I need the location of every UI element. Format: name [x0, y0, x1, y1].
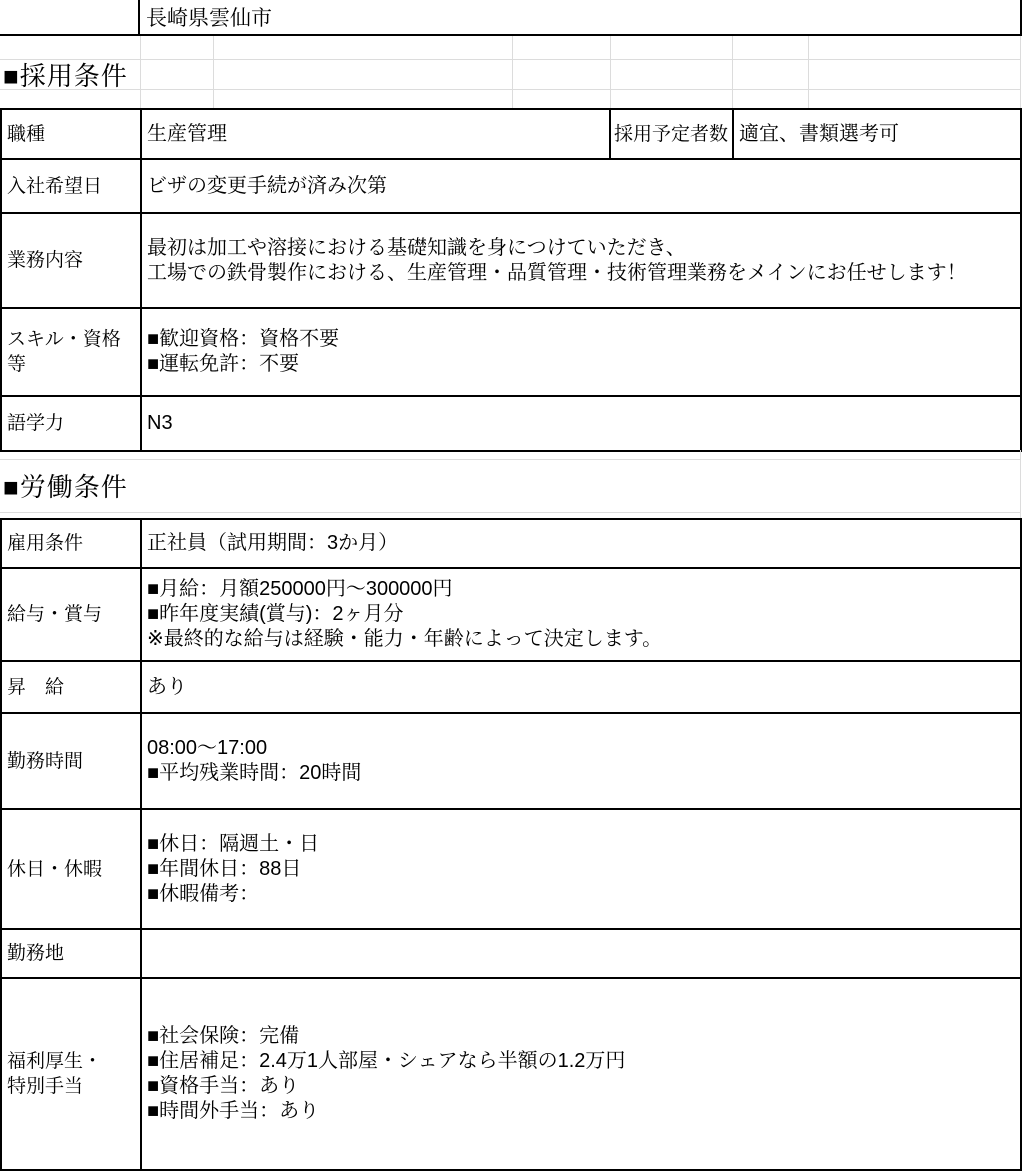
- row-skill-shikaku: スキル・資格等 ■歓迎資格：資格不要 ■運転免許：不要: [2, 307, 1020, 395]
- gridline: [1020, 36, 1021, 108]
- cell-kinmuchi-value: [142, 930, 1020, 977]
- row-label: 語学力: [2, 397, 142, 450]
- row-kyujitsu-kyuka: 休日・休暇 ■休日：隔週土・日 ■年間休日：88日 ■休暇備考：: [2, 808, 1020, 928]
- location-cell: 長崎県雲仙市: [140, 0, 1022, 34]
- gridline: [0, 59, 1021, 60]
- cell-kyujitsu-value: ■休日：隔週土・日 ■年間休日：88日 ■休暇備考：: [142, 810, 1020, 928]
- cell-saiyo-yotei-label: 採用予定者数: [611, 110, 734, 158]
- cell-gyomu-value: 最初は加工や溶接における基礎知識を身につけていただき、 工場での鉄骨製作における…: [142, 214, 1020, 307]
- gridline: [610, 36, 611, 108]
- cell-gogaku-value: N3: [142, 397, 1020, 450]
- row-fukuri-kosei: 福利厚生・ 特別手当 ■社会保険：完備 ■住居補足：2.4万1人部屋・シェアなら…: [2, 977, 1020, 1169]
- row-shokyu: 昇 給 あり: [2, 660, 1020, 712]
- gridline: [512, 36, 513, 108]
- gridline: [0, 512, 1021, 513]
- cell-saiyo-yotei-value: 適宜、書類選考可: [734, 110, 1020, 158]
- top-row-empty-cell: [0, 0, 140, 34]
- table-recruit: 職種 生産管理 採用予定者数 適宜、書類選考可 入社希望日 ビザの変更手続が済み…: [0, 108, 1022, 452]
- row-label: 業務内容: [2, 214, 142, 307]
- gridline-band-labor: ■労働条件: [0, 450, 1021, 518]
- row-nyusha-kibobi: 入社希望日 ビザの変更手続が済み次第: [2, 158, 1020, 212]
- top-row: 長崎県雲仙市: [0, 0, 1022, 36]
- row-label: 雇用条件: [2, 520, 142, 567]
- cell-shokyu-value: あり: [142, 662, 1020, 712]
- row-label: 昇 給: [2, 662, 142, 712]
- row-label: 入社希望日: [2, 160, 142, 212]
- row-label: 福利厚生・ 特別手当: [2, 979, 142, 1169]
- row-koyo-joken: 雇用条件 正社員（試用期間：3か月）: [2, 520, 1020, 567]
- cell-fukuri-value: ■社会保険：完備 ■住居補足：2.4万1人部屋・シェアなら半額の1.2万円 ■資…: [142, 979, 1020, 1169]
- row-label: 勤務時間: [2, 714, 142, 808]
- row-label: 給与・賞与: [2, 569, 142, 660]
- row-kinmu-jikan: 勤務時間 08:00〜17:00 ■平均残業時間：20時間: [2, 712, 1020, 808]
- cell-kyuyo-value: ■月給：月額250000円〜300000円 ■昨年度実績(賞与)：2ヶ月分 ※最…: [142, 569, 1020, 660]
- row-gogakuryoku: 語学力 N3: [2, 395, 1020, 450]
- row-label: 勤務地: [2, 930, 142, 977]
- gridline: [808, 36, 809, 108]
- job-sheet: 長崎県雲仙市 ■採用条件 職種 生産管理 採用予定者数 適宜、書類選考可 入社希…: [0, 0, 1024, 1173]
- gridline: [732, 36, 733, 108]
- gridline: [0, 459, 1021, 460]
- cell-shokushu-value: 生産管理: [142, 110, 611, 158]
- gridline-band-recruit: ■採用条件: [0, 36, 1021, 108]
- row-gyomu-naiyo: 業務内容 最初は加工や溶接における基礎知識を身につけていただき、 工場での鉄骨製…: [2, 212, 1020, 307]
- row-label: スキル・資格等: [2, 309, 142, 395]
- row-label: 休日・休暇: [2, 810, 142, 928]
- section-heading-labor: ■労働条件: [3, 459, 128, 512]
- gridline: [1020, 450, 1021, 518]
- row-kyuyo-shoyo: 給与・賞与 ■月給：月額250000円〜300000円 ■昨年度実績(賞与)：2…: [2, 567, 1020, 660]
- row-shokushu: 職種 生産管理 採用予定者数 適宜、書類選考可: [2, 110, 1020, 158]
- gridline: [140, 36, 141, 108]
- cell-koyo-value: 正社員（試用期間：3か月）: [142, 520, 1020, 567]
- section-heading-recruit: ■採用条件: [3, 59, 128, 89]
- cell-jikan-value: 08:00〜17:00 ■平均残業時間：20時間: [142, 714, 1020, 808]
- cell-nyusha-value: ビザの変更手続が済み次第: [142, 160, 1020, 212]
- location-text: 長崎県雲仙市: [146, 2, 272, 32]
- gridline: [0, 89, 1021, 90]
- row-kinmuchi: 勤務地: [2, 928, 1020, 977]
- row-label: 職種: [2, 110, 142, 158]
- table-labor: 雇用条件 正社員（試用期間：3か月） 給与・賞与 ■月給：月額250000円〜3…: [0, 518, 1022, 1171]
- cell-skill-value: ■歓迎資格：資格不要 ■運転免許：不要: [142, 309, 1020, 395]
- gridline: [213, 36, 214, 108]
